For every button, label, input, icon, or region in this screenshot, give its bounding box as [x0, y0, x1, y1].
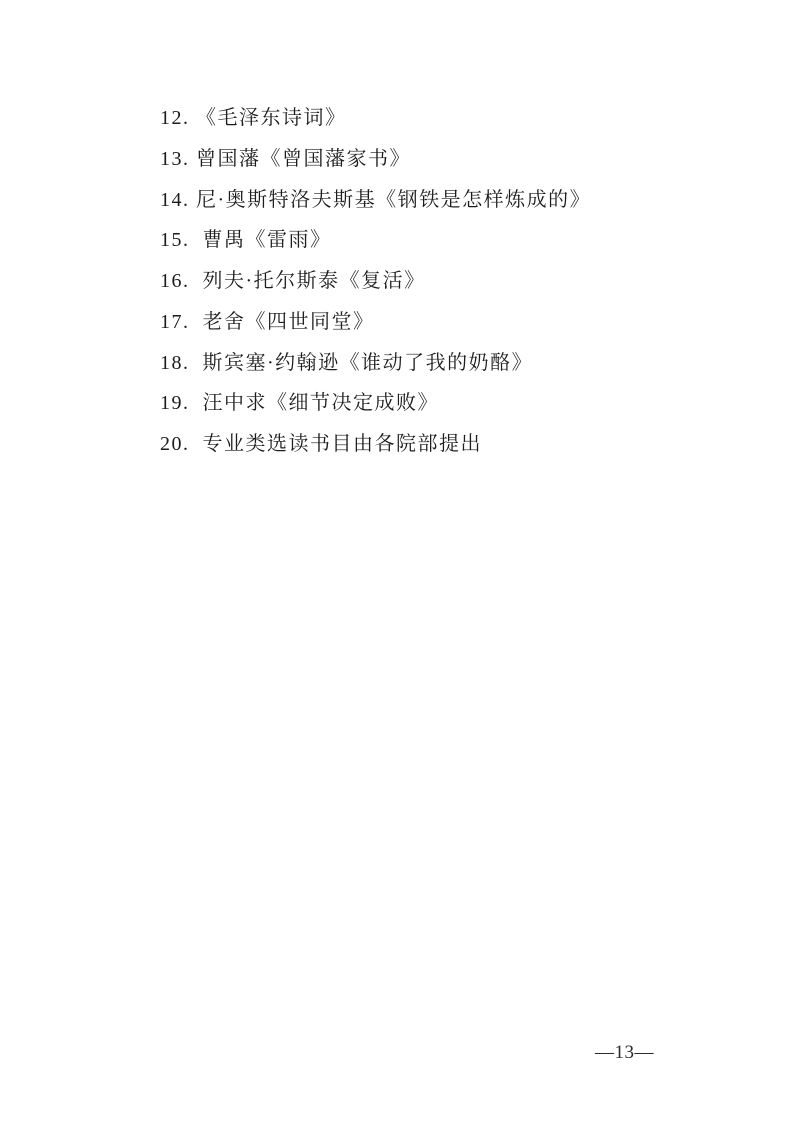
document-page: 12. 《毛泽东诗词》 13. 曾国藩《曾国藩家书》 14. 尼·奥斯特洛夫斯基…: [0, 0, 793, 1122]
list-item: 19. 汪中求《细节决定成败》: [160, 383, 720, 424]
page-number: —13—: [595, 1042, 654, 1064]
list-item: 13. 曾国藩《曾国藩家书》: [160, 139, 720, 180]
reading-list: 12. 《毛泽东诗词》 13. 曾国藩《曾国藩家书》 14. 尼·奥斯特洛夫斯基…: [160, 98, 720, 465]
list-item: 16. 列夫·托尔斯泰《复活》: [160, 261, 720, 302]
list-item: 17. 老舍《四世同堂》: [160, 302, 720, 343]
list-item: 15. 曹禺《雷雨》: [160, 220, 720, 261]
list-item: 12. 《毛泽东诗词》: [160, 98, 720, 139]
list-item: 20. 专业类选读书目由各院部提出: [160, 424, 720, 465]
list-item: 18. 斯宾塞·约翰逊《谁动了我的奶酪》: [160, 343, 720, 384]
list-item: 14. 尼·奥斯特洛夫斯基《钢铁是怎样炼成的》: [160, 180, 720, 221]
